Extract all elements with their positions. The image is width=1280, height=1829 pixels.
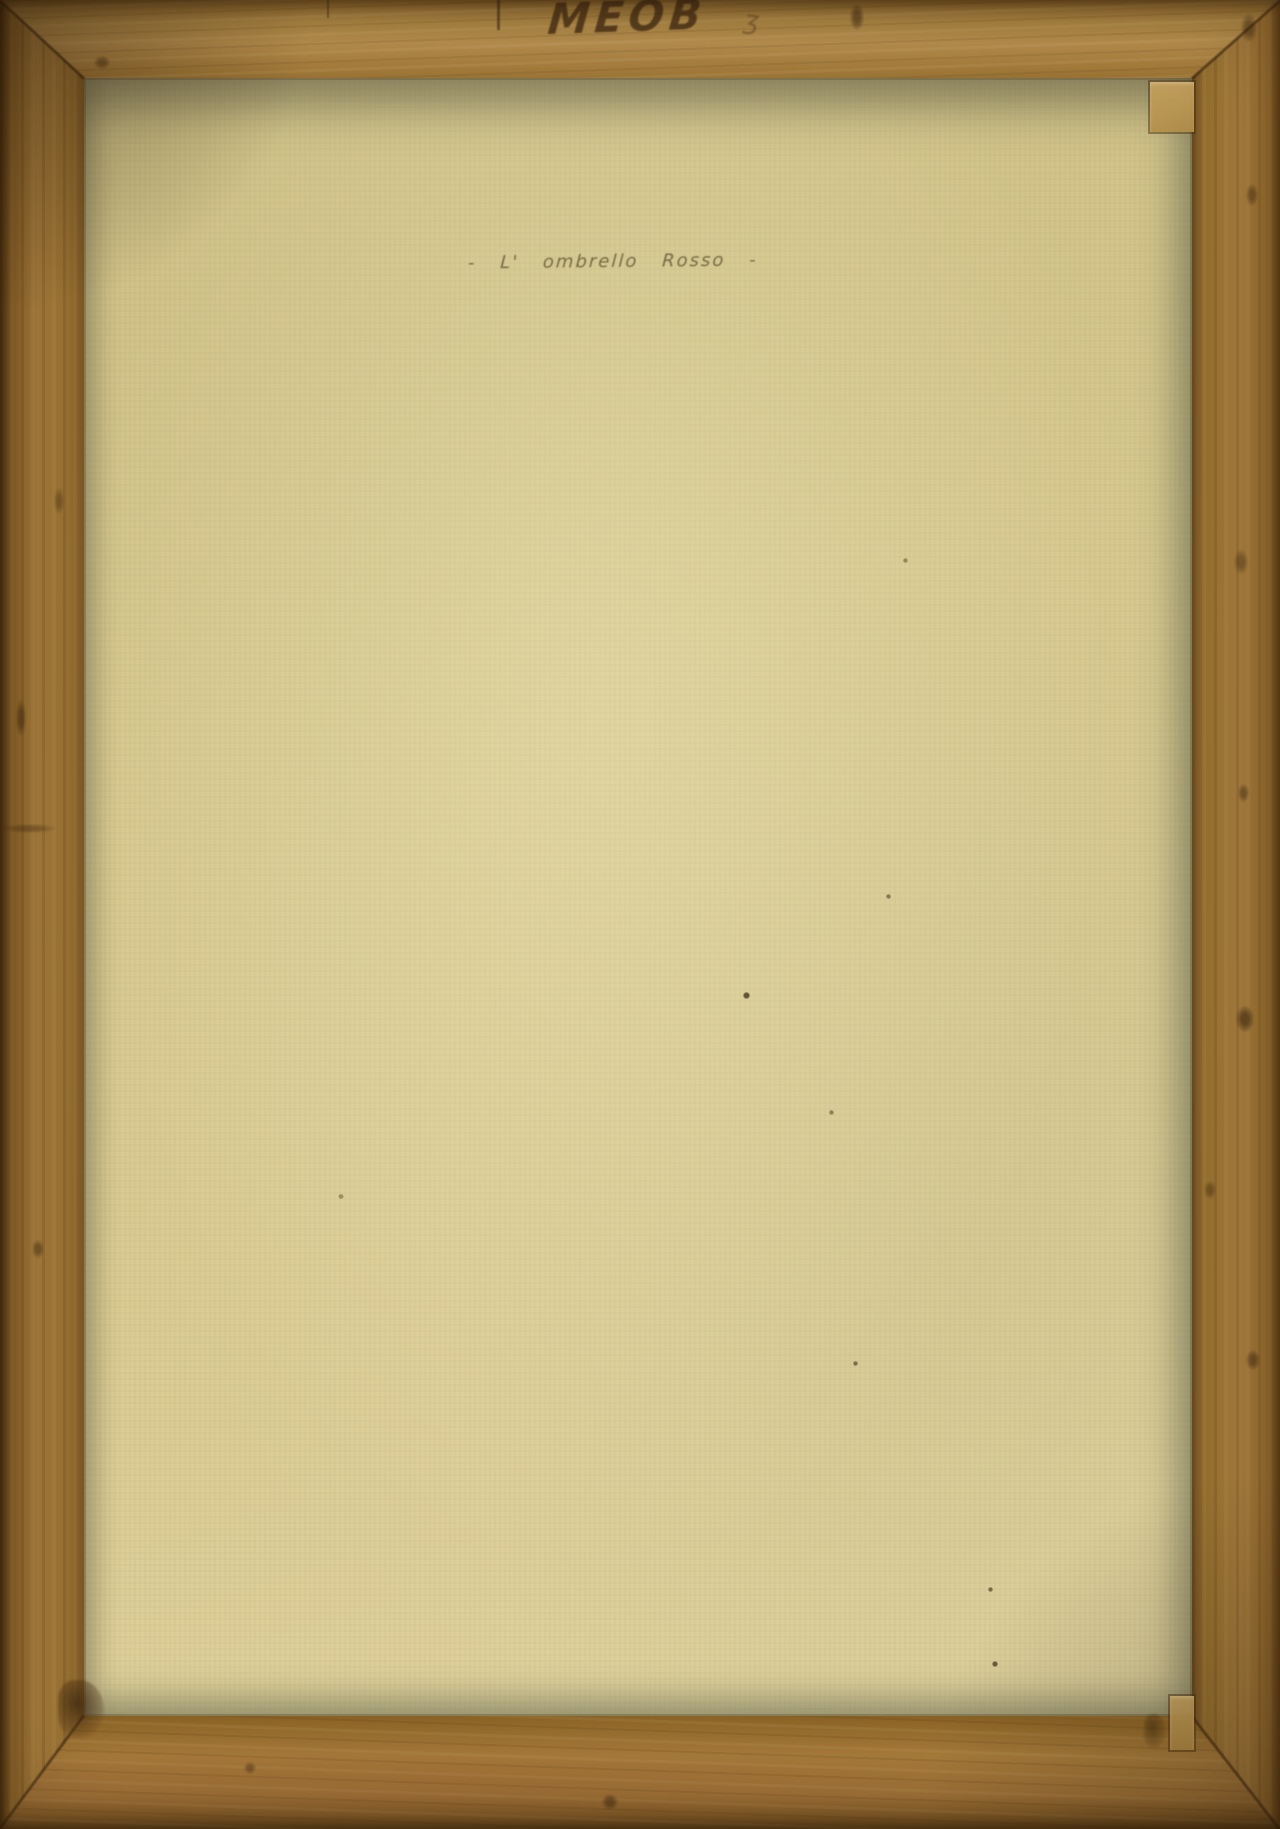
frame-rail-left (0, 0, 84, 1829)
frame-rail-right (1192, 0, 1280, 1829)
framed-painting-verso-photo: MEOB ʒ - L' ombrello Rosso - (0, 0, 1280, 1829)
canvas-back (84, 78, 1192, 1716)
frame-rail-bottom (0, 1716, 1280, 1829)
frame-inscription-squiggle: ʒ (743, 7, 761, 34)
frame-inscription-text: MEOB (546, 0, 708, 41)
canvas-title-inscription: - L' ombrello Rosso - (467, 250, 758, 273)
